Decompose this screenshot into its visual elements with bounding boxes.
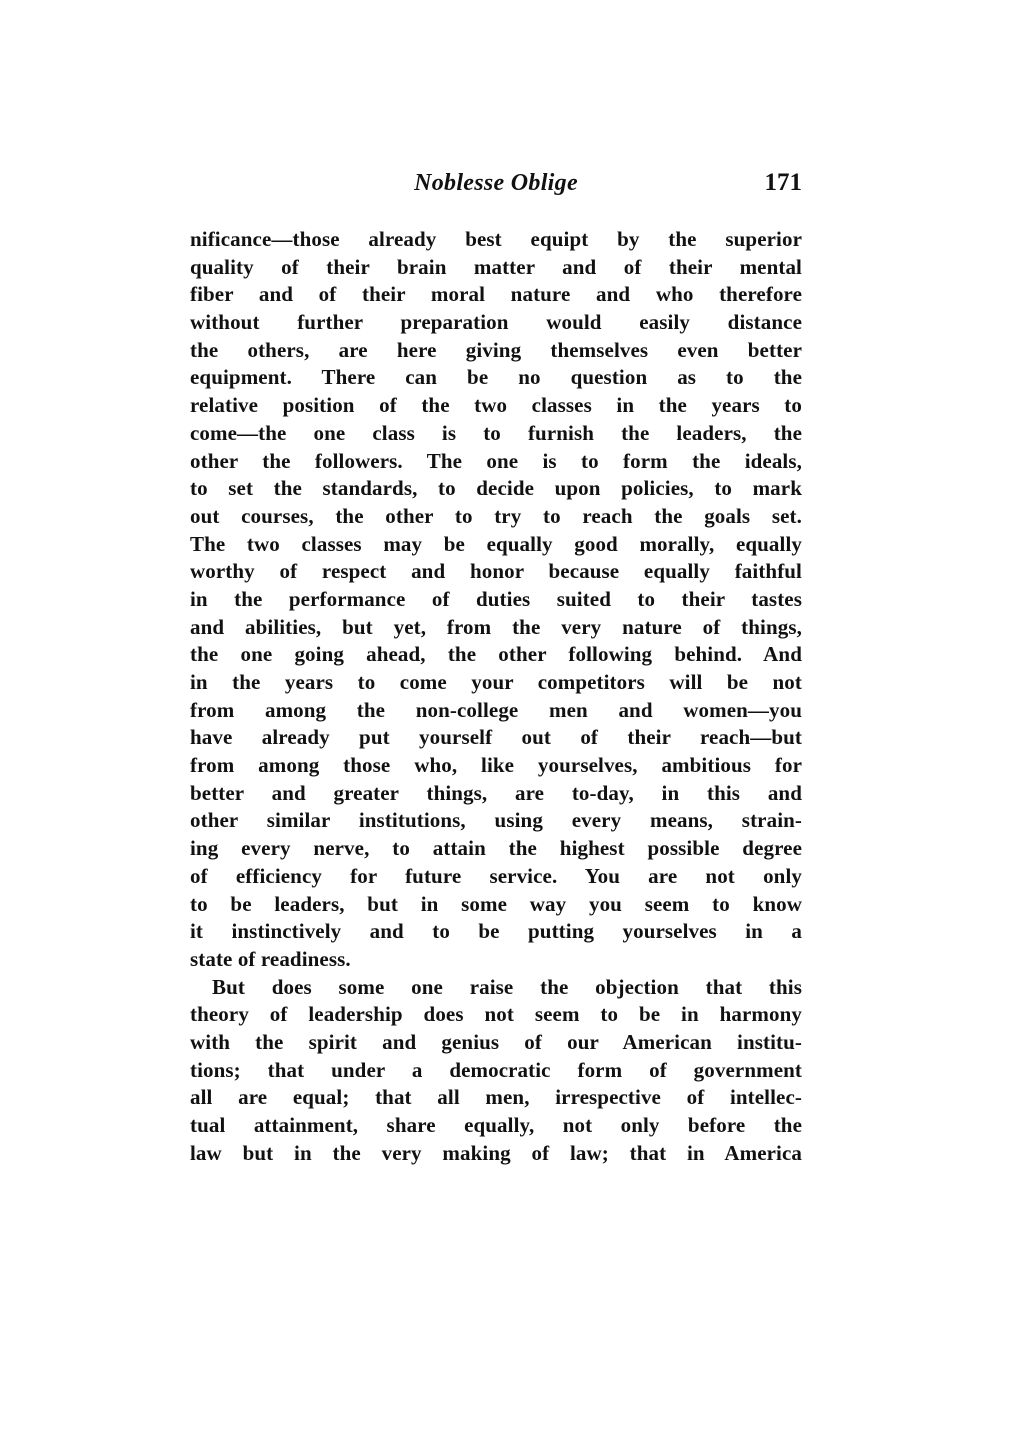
text-line: in the years to come your competitors wi… <box>190 669 802 697</box>
text-line: the one going ahead, the other following… <box>190 641 802 669</box>
text-line: But does some one raise the objection th… <box>190 974 802 1002</box>
text-line: fiber and of their moral nature and who … <box>190 281 802 309</box>
text-line: other similar institutions, using every … <box>190 807 802 835</box>
text-line: tual attainment, share equally, not only… <box>190 1112 802 1140</box>
text-line: it instinctively and to be putting yours… <box>190 918 802 946</box>
text-line: out courses, the other to try to reach t… <box>190 503 802 531</box>
text-line: to set the standards, to decide upon pol… <box>190 475 802 503</box>
text-line: of efficiency for future service. You ar… <box>190 863 802 891</box>
text-line: the others, are here giving themselves e… <box>190 337 802 365</box>
text-line: from among the non-college men and women… <box>190 697 802 725</box>
text-line: equipment. There can be no question as t… <box>190 364 802 392</box>
text-line: have already put yourself out of their r… <box>190 724 802 752</box>
page-number: 171 <box>765 166 803 200</box>
text-line: and abilities, but yet, from the very na… <box>190 614 802 642</box>
text-line: ing every nerve, to attain the highest p… <box>190 835 802 863</box>
text-line: in the performance of duties suited to t… <box>190 586 802 614</box>
text-line: quality of their brain matter and of the… <box>190 254 802 282</box>
text-line: state of readiness. <box>190 946 802 974</box>
text-line: theory of leadership does not seem to be… <box>190 1001 802 1029</box>
text-line: nificance—those already best equipt by t… <box>190 226 802 254</box>
text-line: tions; that under a democratic form of g… <box>190 1057 802 1085</box>
body-text: nificance—those already best equipt by t… <box>190 226 802 1167</box>
text-line: from among those who, like yourselves, a… <box>190 752 802 780</box>
text-line: other the followers. The one is to form … <box>190 448 802 476</box>
text-line: better and greater things, are to-day, i… <box>190 780 802 808</box>
running-head: Noblesse Oblige 171 <box>190 166 802 200</box>
text-line: with the spirit and genius of our Americ… <box>190 1029 802 1057</box>
text-line: law but in the very making of law; that … <box>190 1140 802 1168</box>
text-line: all are equal; that all men, irrespectiv… <box>190 1084 802 1112</box>
paragraph-2: But does some one raise the objection th… <box>190 974 802 1168</box>
text-line: The two classes may be equally good mora… <box>190 531 802 559</box>
text-line: come—the one class is to furnish the lea… <box>190 420 802 448</box>
paragraph-1: nificance—those already best equipt by t… <box>190 226 802 974</box>
text-line: worthy of respect and honor because equa… <box>190 558 802 586</box>
text-line: relative position of the two classes in … <box>190 392 802 420</box>
text-line: without further preparation would easily… <box>190 309 802 337</box>
book-page: Noblesse Oblige 171 nificance—those alre… <box>0 0 1010 1454</box>
running-title: Noblesse Oblige <box>190 166 802 200</box>
text-line: to be leaders, but in some way you seem … <box>190 891 802 919</box>
